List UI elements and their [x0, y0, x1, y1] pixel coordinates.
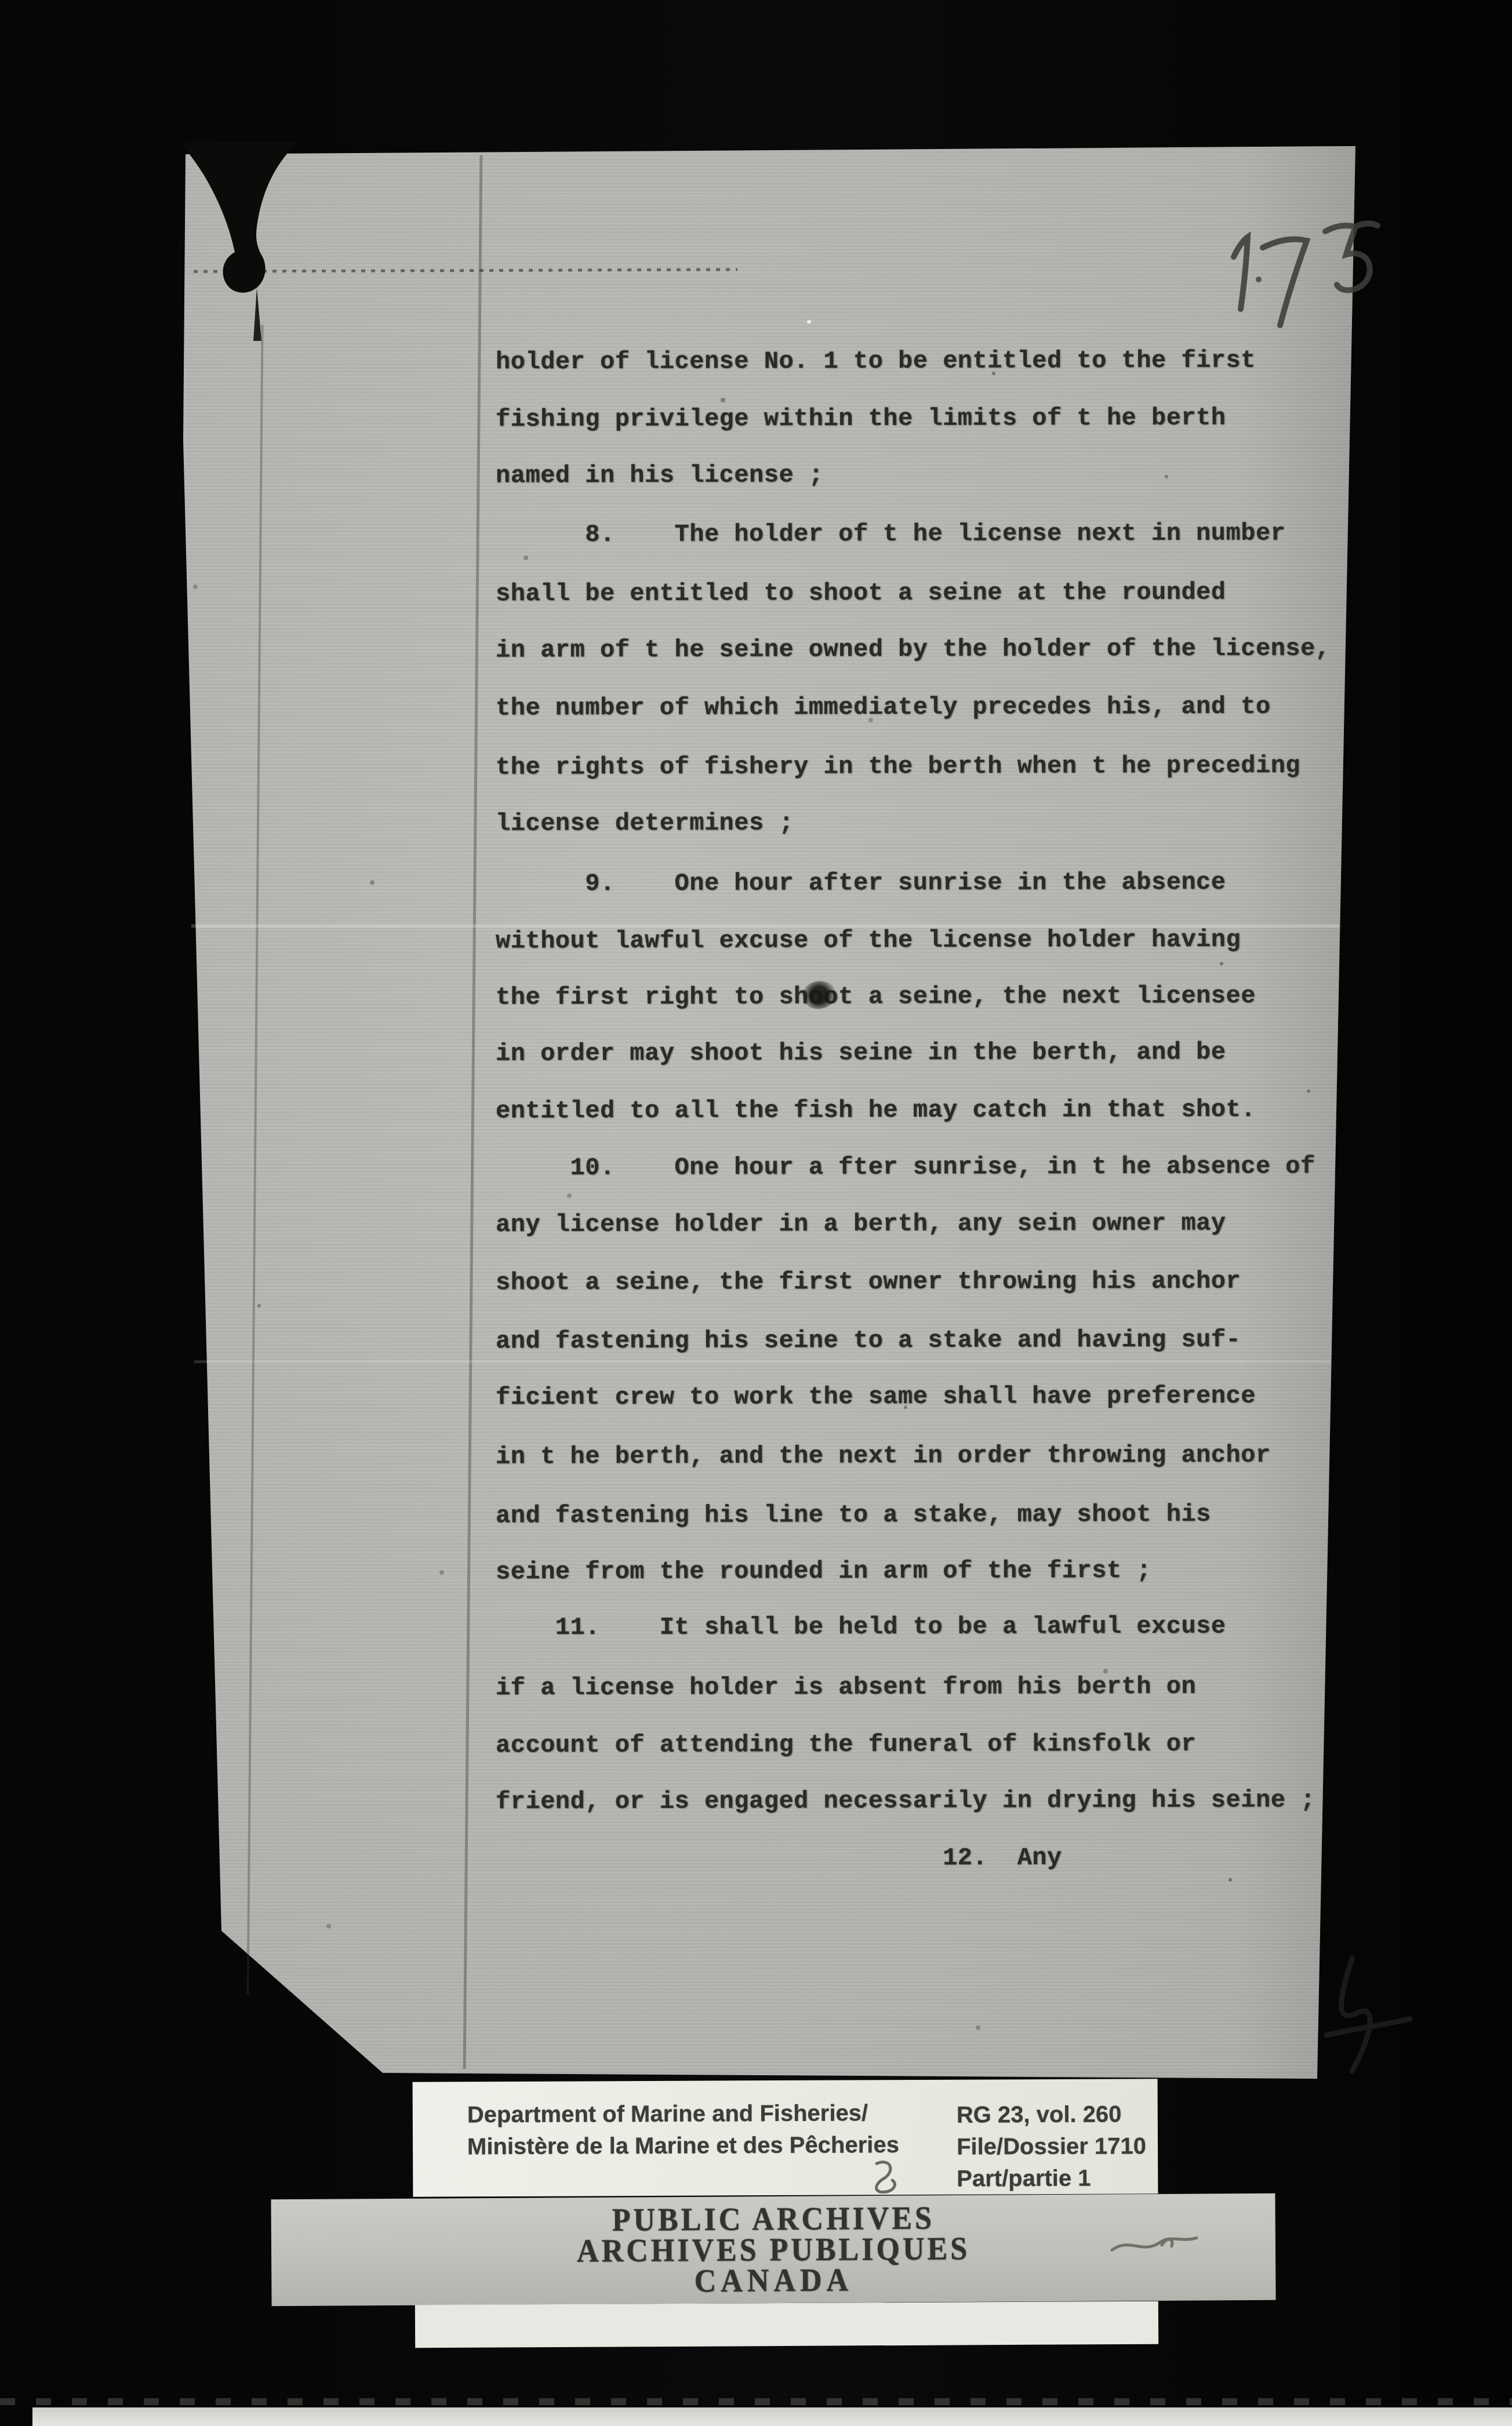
typed-line: and fastening his seine to a stake and h… — [496, 1327, 1241, 1355]
typed-line: and fastening his line to a stake, may s… — [496, 1501, 1211, 1530]
typed-line: shoot a seine, the first owner throwing … — [496, 1268, 1241, 1296]
label-department-fr: Ministère de la Marine et des Pêcheries — [467, 2129, 899, 2163]
typed-line: 12. Any — [496, 1844, 1062, 1872]
typed-line: friend, or is engaged necessarily in dry… — [496, 1787, 1315, 1815]
typed-line: named in his license ; — [496, 462, 824, 489]
pencil-scribble — [1316, 1948, 1432, 2087]
pencil-ampersand-mark — [859, 2154, 911, 2195]
scanned-microfilm-frame: 175 holder of license No. 1 to be entitl… — [0, 0, 1512, 2426]
typed-line: account of attending the funeral of kins… — [496, 1731, 1196, 1759]
label-record-group: RG 23, vol. 260 — [957, 2098, 1146, 2131]
typed-line: in arm of t he seine owned by the holder… — [496, 635, 1331, 663]
typed-line: in order may shoot his seine in the bert… — [496, 1039, 1226, 1067]
typed-line: ficient crew to work the same shall have… — [496, 1383, 1256, 1411]
typed-line: in t he berth, and the next in order thr… — [496, 1442, 1271, 1470]
typed-line: 10. One hour a fter sunrise, in t he abs… — [496, 1153, 1315, 1182]
public-archives-stamp: PUBLIC ARCHIVES ARCHIVES PUBLIQUES CANAD… — [271, 2193, 1275, 2307]
scan-backing-strip — [415, 2301, 1158, 2348]
stamp-line-fr: ARCHIVES PUBLIQUES — [577, 2232, 970, 2267]
typed-line: fishing privilege within the limits of t… — [496, 405, 1226, 433]
typed-line: the number of which immediately precedes… — [496, 693, 1271, 722]
typed-line: the rights of fishery in the berth when … — [496, 753, 1300, 781]
typed-line: the first right to shoot a seine, the ne… — [496, 983, 1256, 1011]
film-edge-strip — [32, 2407, 1512, 2426]
label-department-block: Department of Marine and Fisheries/ Mini… — [467, 2097, 899, 2163]
label-department-en: Department of Marine and Fisheries/ — [467, 2097, 899, 2131]
label-reference-block: RG 23, vol. 260 File/Dossier 1710 Part/p… — [957, 2098, 1147, 2195]
typed-line: 9. One hour after sunrise in the absence — [496, 869, 1226, 898]
typed-line: license determines ; — [496, 809, 794, 837]
handwritten-page-number: 175 — [1188, 206, 1386, 339]
label-part-number: Part/partie 1 — [957, 2162, 1146, 2195]
pencil-squiggle — [1106, 2224, 1205, 2265]
typed-line: holder of license No. 1 to be entitled t… — [496, 347, 1256, 376]
typed-line: if a license holder is absent from his b… — [496, 1673, 1196, 1702]
archival-label: Department of Marine and Fisheries/ Mini… — [413, 2079, 1158, 2197]
dust-specks — [0, 0, 2, 2]
typed-line: without lawful excuse of the license hol… — [496, 927, 1241, 955]
label-file-number: File/Dossier 1710 — [957, 2130, 1146, 2163]
horizontal-crease — [194, 1360, 1331, 1363]
dust-speck — [807, 320, 811, 324]
ink-blob — [174, 140, 330, 343]
typed-line: 8. The holder of t he license next in nu… — [496, 520, 1285, 549]
film-edge-dashes — [0, 2398, 1512, 2405]
typed-line: 11. It shall be held to be a lawful excu… — [496, 1613, 1226, 1641]
stamp-line-country: CANADA — [694, 2264, 853, 2298]
typed-line: seine from the rounded in arm of the fir… — [496, 1557, 1151, 1585]
typed-line: any license holder in a berth, any sein … — [496, 1210, 1226, 1239]
typed-line: shall be entitled to shoot a seine at th… — [496, 579, 1226, 608]
typed-line: entitled to all the fish he may catch in… — [496, 1096, 1256, 1125]
